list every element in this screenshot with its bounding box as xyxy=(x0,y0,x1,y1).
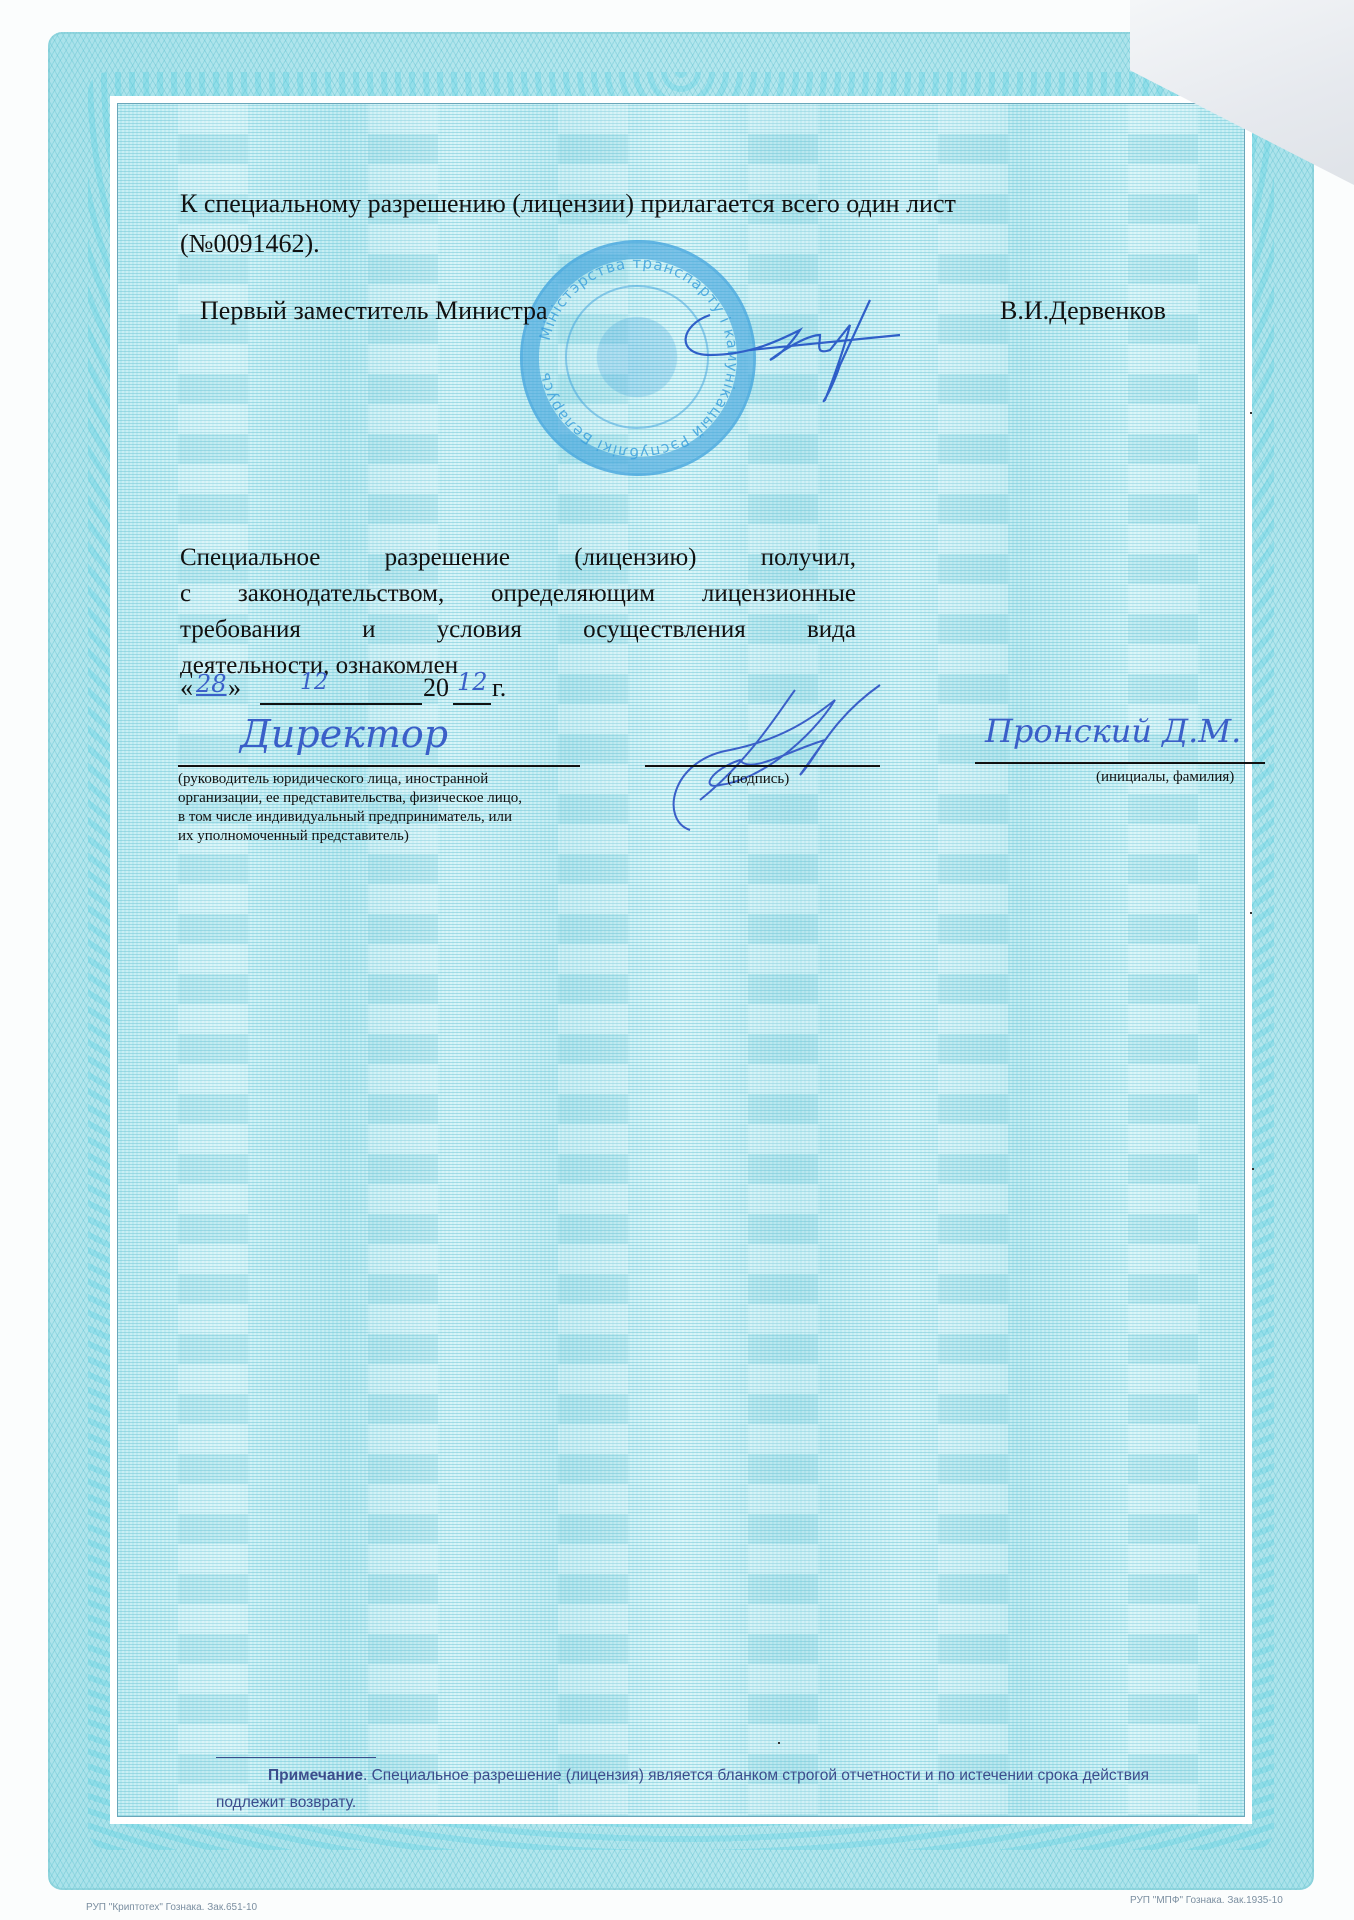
minister-signature xyxy=(670,285,930,415)
name-line xyxy=(975,762,1265,764)
note-text: . Специальное разрешение (лицензия) явля… xyxy=(363,1767,1149,1784)
note-label: Примечание xyxy=(268,1767,363,1784)
official-name: В.И.Дервенков xyxy=(1000,295,1166,326)
printer-imprint-left: РУП "Криптотех" Гознака. Зак.651-10 xyxy=(86,1902,257,1913)
position-label: (руководитель юридического лица, иностра… xyxy=(178,770,522,846)
signature-label: (подпись) xyxy=(727,770,789,789)
date-year-suffix: 12 xyxy=(457,668,488,696)
date-month: 12 xyxy=(300,670,328,695)
date-year-line xyxy=(453,703,491,705)
handwritten-position: Директор xyxy=(240,712,448,756)
date-close-quote: » xyxy=(228,672,241,703)
note-text-continued: подлежит возврату. xyxy=(216,1789,1236,1816)
signature-line xyxy=(645,765,880,767)
receipt-statement: Специальное разрешение (лицензию) получи… xyxy=(180,540,856,684)
handwritten-name: Пронский Д.М. xyxy=(985,712,1241,750)
position-line xyxy=(178,765,580,767)
attachment-line-1: К специальному разрешению (лицензии) при… xyxy=(180,188,956,219)
printer-imprint-right: РУП "МПФ" Гознака. Зак.1935-10 xyxy=(1130,1895,1283,1906)
date-open-quote: « xyxy=(180,672,193,703)
date-month-line xyxy=(260,703,422,705)
attachment-sheet-number: (№0091462). xyxy=(180,228,320,259)
date-year-prefix: 20 xyxy=(423,672,449,703)
official-title: Первый заместитель Министра xyxy=(200,295,548,326)
footnote: Примечание. Специальное разрешение (лице… xyxy=(216,1762,1236,1816)
holder-signature xyxy=(640,680,900,840)
date-day: 28 xyxy=(196,670,227,698)
date-year-mark: г. xyxy=(492,672,506,703)
name-label: (инициалы, фамилия) xyxy=(1096,768,1234,787)
note-rule xyxy=(216,1757,376,1758)
